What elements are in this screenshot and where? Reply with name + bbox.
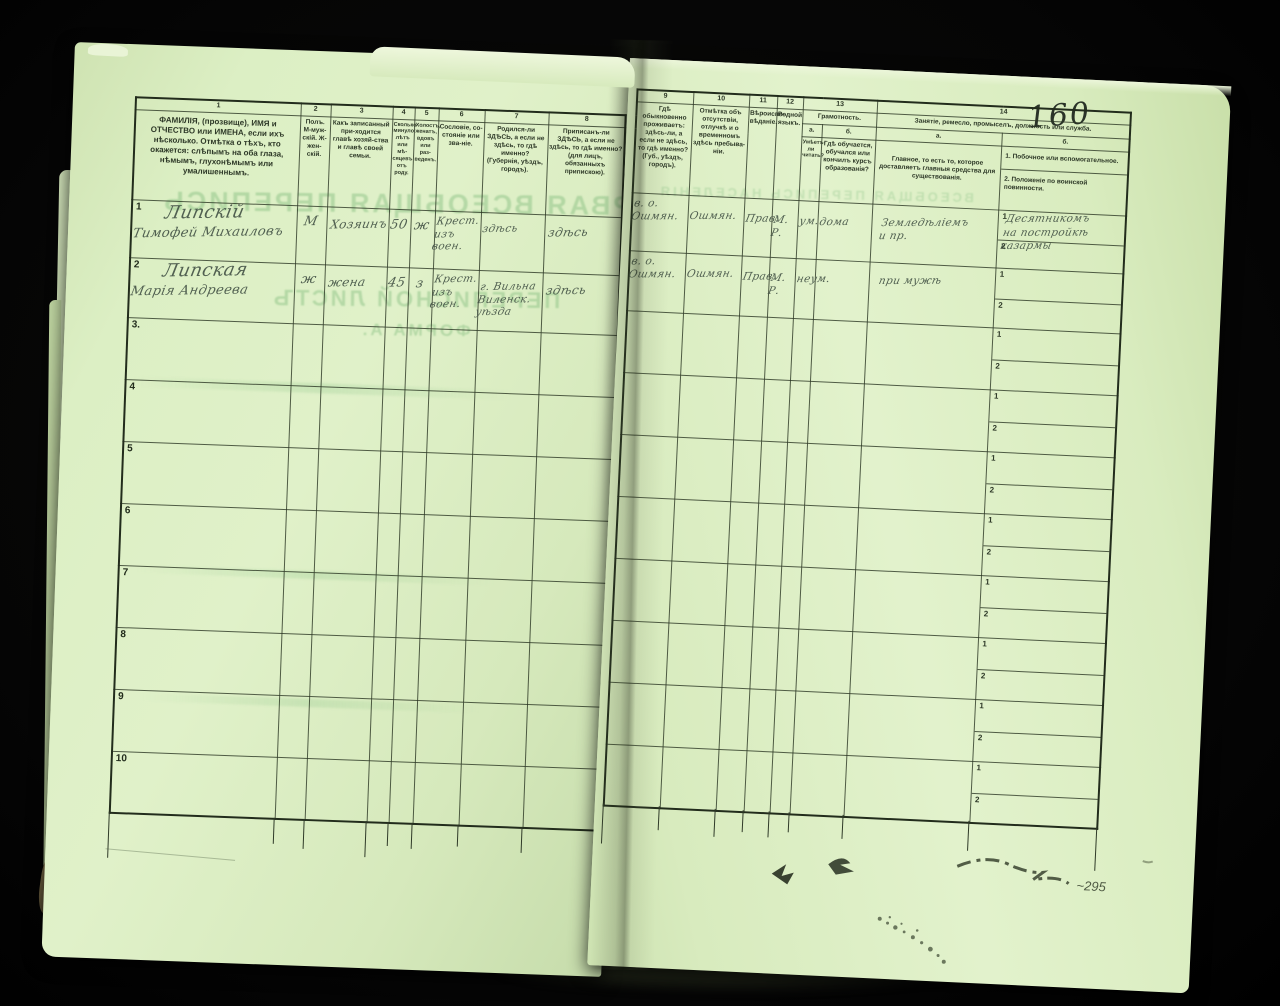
side-occupation-cell: 1 2 (979, 576, 1108, 643)
handwritten-religion: Прав. (741, 270, 767, 283)
row-number: 9 (118, 691, 124, 702)
handwritten-religion: Прав. (744, 212, 770, 225)
sub-row-marker: 1 (997, 329, 1002, 338)
ruling-stub (788, 812, 790, 832)
sub-row-marker: 2 (992, 423, 997, 432)
svg-text:~295: ~295 (1076, 878, 1107, 894)
ruling-stub (713, 809, 715, 837)
ledger-right-page: ВСЕОБЩАЯ ПЕРЕПИСЬ НАСЕЛЕНІЯ 160 91011121… (587, 58, 1231, 993)
ruling-stub (521, 827, 523, 853)
handwritten-registration: здѣсь (544, 282, 614, 297)
column-number: 5 (414, 107, 438, 120)
handwritten-age: 45 (384, 275, 408, 290)
handwritten-language: М. Р. (769, 213, 795, 238)
row-number: 4 (129, 381, 135, 392)
ruling-stub (1094, 827, 1097, 871)
handwritten-surname: Липскій (163, 200, 297, 223)
column-header: Какъ записанный при-ходится главѣ хозяй-… (329, 117, 392, 164)
row-number: 7 (122, 567, 128, 578)
column-number: 2 (300, 103, 330, 116)
sub-row-marker: 2 (984, 609, 989, 618)
ruling-stub (742, 810, 744, 832)
column-header: Родился-ли ЗДѢСЬ, а если не здѣсь, то гд… (483, 123, 548, 178)
handwritten-sex: ж (292, 271, 324, 287)
row-number: 1 (136, 201, 142, 212)
ink-smudges: ~295 (727, 834, 1253, 998)
row-number: 3. (131, 319, 140, 330)
handwritten-literacy: ум. (798, 215, 816, 228)
side-occupation-cell: 1 2 (970, 762, 1099, 828)
census-table-left: 12345678ФАМИЛІЯ, (прозвище), ИМЯ и ОТЧЕС… (109, 96, 627, 832)
literacy-b-text: Гдѣ обучается, обучался или кончилъ курс… (820, 138, 875, 177)
handwritten-estate: Крест. изъ воен. (428, 272, 476, 311)
sub-row-marker: 1 (979, 701, 984, 710)
handwritten-absence-note: Ошмян. (688, 209, 742, 222)
scanner-background: ПЕРВАЯ ВСЕОБЩАЯ ПЕРЕПИСЬ ПЕРЕПИСНОЙ ЛИСТ… (0, 0, 1280, 1006)
column-header: Полъ. М-муж-скій. Ж-жен-скій. (299, 116, 330, 162)
census-table-right: 91011121314Гдѣ обыкновенно проживаетъ: з… (603, 88, 1132, 830)
ruling-stub (273, 818, 275, 844)
sub-row-marker: 2 (995, 361, 1000, 370)
ruling-stub (387, 822, 389, 846)
ruling-stub (601, 804, 604, 844)
row-number: 6 (125, 505, 131, 516)
sub-row-marker: 1 (976, 763, 981, 772)
column-header: Вѣроиспо-вѣданіе. (748, 107, 776, 128)
page-top-edge (630, 58, 1232, 96)
row-number: 5 (127, 443, 133, 454)
side-occupation-cell: 1 2 Десятникомъ на постройкѣ казармы (996, 210, 1125, 273)
handwritten-occupation-main: при мужѣ (877, 274, 993, 287)
column-number: 4 (392, 107, 414, 120)
sub-row-marker: 2 (981, 671, 986, 680)
handwritten-residence: в. о. Ошмян. (630, 197, 686, 222)
ledger-left-page: ПЕРВАЯ ВСЕОБЩАЯ ПЕРЕПИСЬ ПЕРЕПИСНОЙ ЛИСТ… (41, 42, 634, 977)
occupation-a-text: Главное, то есть то, которое доставляетъ… (874, 140, 1001, 186)
row-number: 2 (134, 259, 140, 270)
side-occupation-cell: 1 2 (987, 390, 1116, 457)
sub-row-marker: 2 (986, 547, 991, 556)
handwritten-language: М. Р. (766, 271, 792, 296)
handwritten-given-name: Тимофей Михаиловъ (131, 223, 295, 241)
side-occupation-cell: 1 2 (973, 700, 1102, 767)
side-occupation-cell: 1 2 (984, 452, 1113, 519)
handwritten-marital-status: ж (408, 218, 434, 233)
column-header: Приписанъ-ли ЗДѢСЬ, а если не здѣсь, то … (547, 125, 624, 180)
handwritten-occupation-main: Земледѣліемъ и пр. (877, 216, 995, 242)
column-header: Гдѣ обыкновенно проживаетъ: здѣсь-ли, а … (635, 102, 693, 173)
sub-row-marker: 1 (988, 515, 993, 524)
sub-row-marker: 2 (998, 300, 1003, 309)
handwritten-birthplace: г. Вильна Виленск. уѣзда (474, 280, 540, 319)
handwritten-age: 50 (386, 217, 410, 232)
column-header: Сословіе, со-стояніе или зва-ніе. (438, 121, 484, 151)
ruling-stub (364, 821, 366, 857)
handwritten-sex: М (294, 213, 326, 229)
occupation-b-item2: 2. Положеніе по воинской повинности. (999, 169, 1127, 203)
handwritten-relation: Хозяинъ (329, 216, 385, 231)
handwritten-given-name: Марія Андреева (129, 281, 293, 299)
handwritten-relation: жена (326, 274, 382, 289)
handwritten-literacy: неум. (795, 273, 813, 286)
row-number: 10 (116, 752, 128, 763)
handwritten-residence: в. о. Ошмян. (628, 255, 684, 280)
sub-column-label: а. (802, 124, 822, 137)
handwritten-registration: здѣсь (546, 224, 616, 239)
ruling-stub (107, 812, 110, 858)
side-occupation-cell: 1 2 (982, 514, 1111, 581)
handwritten-estate: Крест. изъ воен. (430, 214, 478, 253)
column-header: ФАМИЛІЯ, (прозвище), ИМЯ и ОТЧЕСТВО или … (134, 110, 300, 184)
sub-row-marker: 2 (978, 733, 983, 742)
sub-row-marker: 1 (1000, 269, 1005, 278)
literacy-a-text: Умѣетъ-ли читать? (801, 137, 821, 162)
side-occupation-cell: 1 2 (976, 638, 1105, 705)
sub-row-marker: 2 (989, 485, 994, 494)
ruling-stub (303, 819, 305, 849)
handwritten-marital-status: з (406, 276, 432, 291)
handwritten-surname: Липская (161, 258, 295, 281)
ruling-stub (841, 815, 843, 839)
sub-row-marker: 1 (985, 577, 990, 586)
row-number: 8 (120, 629, 126, 640)
ruling-stub (658, 806, 660, 830)
side-occupation-cell: 1 2 (993, 268, 1122, 333)
column-header: Родной языкъ. (776, 108, 802, 129)
ruling-stub (457, 825, 459, 847)
ruling-stub (767, 811, 769, 837)
ruling-stub (967, 821, 969, 851)
column-header: Сколько минуло лѣтъ или мѣ-сяцевъ отъ ро… (391, 119, 414, 179)
sub-row-marker: 2 (975, 795, 980, 804)
column-header: Холостъ, женатъ, вдовъ или раз-веденъ. (413, 120, 438, 166)
sub-row-marker: 1 (982, 639, 987, 648)
pencil-mark (106, 848, 236, 861)
column-header: Отмѣтка объ отсутствіи, отлучкѣ и о врем… (691, 105, 748, 160)
handwritten-occupation-side: Десятникомъ на постройкѣ казармы (998, 212, 1092, 253)
handwritten-education: дома (818, 216, 870, 229)
handwritten-absence-note: Ошмян. (685, 267, 739, 280)
side-occupation-cell: 1 2 (990, 328, 1119, 395)
ruling-stub (411, 823, 413, 849)
sub-row-marker: 1 (991, 453, 996, 462)
sub-row-marker: 1 (994, 391, 999, 400)
handwritten-birthplace: здѣсь (481, 222, 542, 236)
